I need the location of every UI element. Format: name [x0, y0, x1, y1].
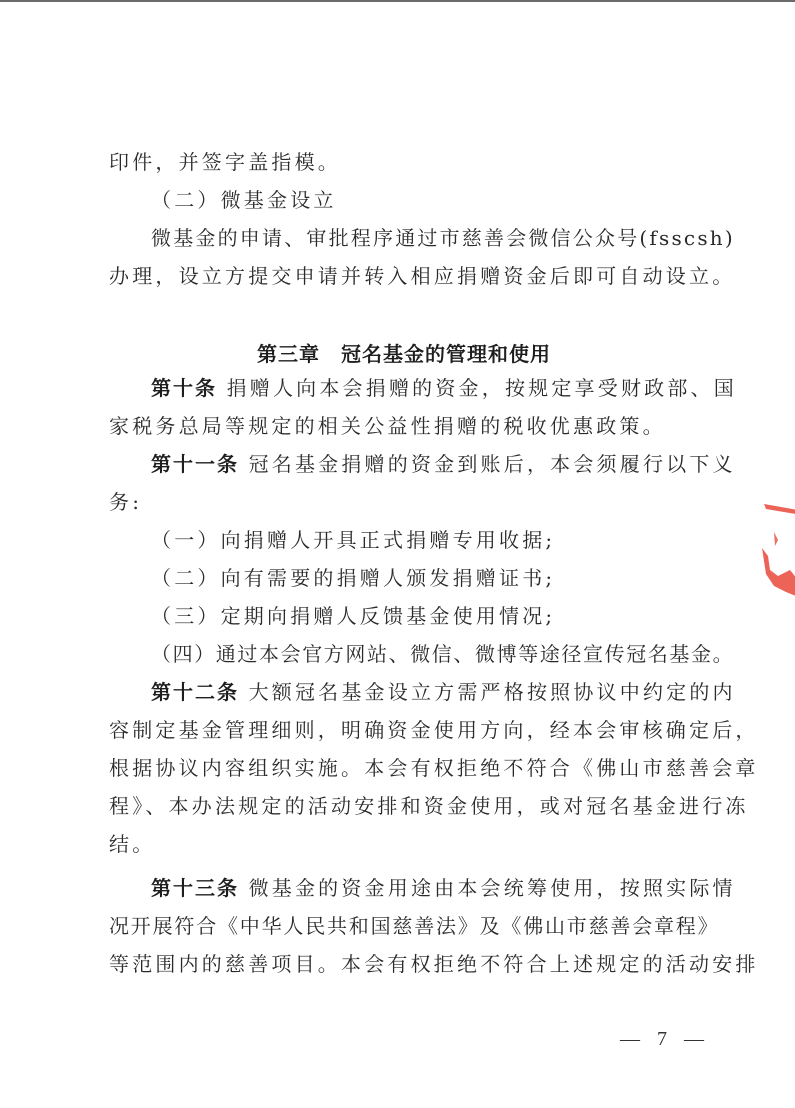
article-10: 第十条 捐赠人向本会捐赠的资金，按规定享受财政部、国 [151, 376, 737, 400]
list-item: （四）通过本会官方网站、微信、微博等途径宣传冠名基金。 [151, 642, 734, 666]
text-line: 家税务总局等规定的相关公益性捐赠的税收优惠政策。 [109, 414, 666, 438]
list-item: （二）向有需要的捐赠人颁发捐赠证书; [151, 566, 555, 590]
article-11: 第十一条 冠名基金捐赠的资金到账后，本会须履行以下义 [151, 452, 736, 476]
text-line: 务: [109, 490, 142, 514]
article-12: 第十二条 大额冠名基金设立方需严格按照协议中约定的内 [151, 680, 736, 704]
article-text: 微基金的资金用途由本会统筹使用，按照实际情 [249, 876, 736, 900]
article-label: 第十二条 [151, 680, 239, 704]
article-label: 第十三条 [151, 876, 239, 900]
text-line: 结。 [109, 832, 155, 856]
article-label: 第十一条 [151, 452, 239, 476]
text-line: 况开展符合《中华人民共和国慈善法》及《佛山市慈善会章程》 [109, 914, 719, 938]
article-text: 冠名基金捐赠的资金到账后，本会须履行以下义 [249, 452, 736, 476]
red-seal-fragment-icon [760, 500, 795, 610]
section-subheading: （二）微基金设立 [151, 188, 337, 212]
list-item: （三）定期向捐赠人反馈基金使用情况; [151, 604, 555, 628]
text-line: 办理，设立方提交申请并转入相应捐赠资金后即可自动设立。 [109, 264, 735, 288]
text-line: 容制定基金管理细则，明确资金使用方向，经本会审核确定后， [109, 718, 759, 742]
article-text: 大额冠名基金设立方需严格按照协议中约定的内 [249, 680, 736, 704]
text-line: 微基金的申请、审批程序通过市慈善会微信公众号(fsscsh) [151, 226, 735, 250]
article-text: 捐赠人向本会捐赠的资金，按规定享受财政部、国 [227, 376, 737, 400]
page-number: — 7 — [620, 1028, 710, 1051]
text-line: 程》、本办法规定的活动安排和资金使用，或对冠名基金进行冻 [109, 794, 749, 818]
text-line: 等范围内的慈善项目。本会有权拒绝不符合上述规定的活动安排 [109, 952, 759, 976]
list-item: （一）向捐赠人开具正式捐赠专用收据; [151, 528, 555, 552]
chapter-heading: 第三章 冠名基金的管理和使用 [109, 338, 699, 367]
article-label: 第十条 [151, 376, 217, 400]
text-line: 印件，并签字盖指模。 [109, 150, 341, 174]
scan-top-edge [0, 0, 795, 2]
text-line: 根据协议内容组织实施。本会有权拒绝不符合《佛山市慈善会章 [109, 756, 759, 780]
article-13: 第十三条 微基金的资金用途由本会统筹使用，按照实际情 [151, 876, 736, 900]
